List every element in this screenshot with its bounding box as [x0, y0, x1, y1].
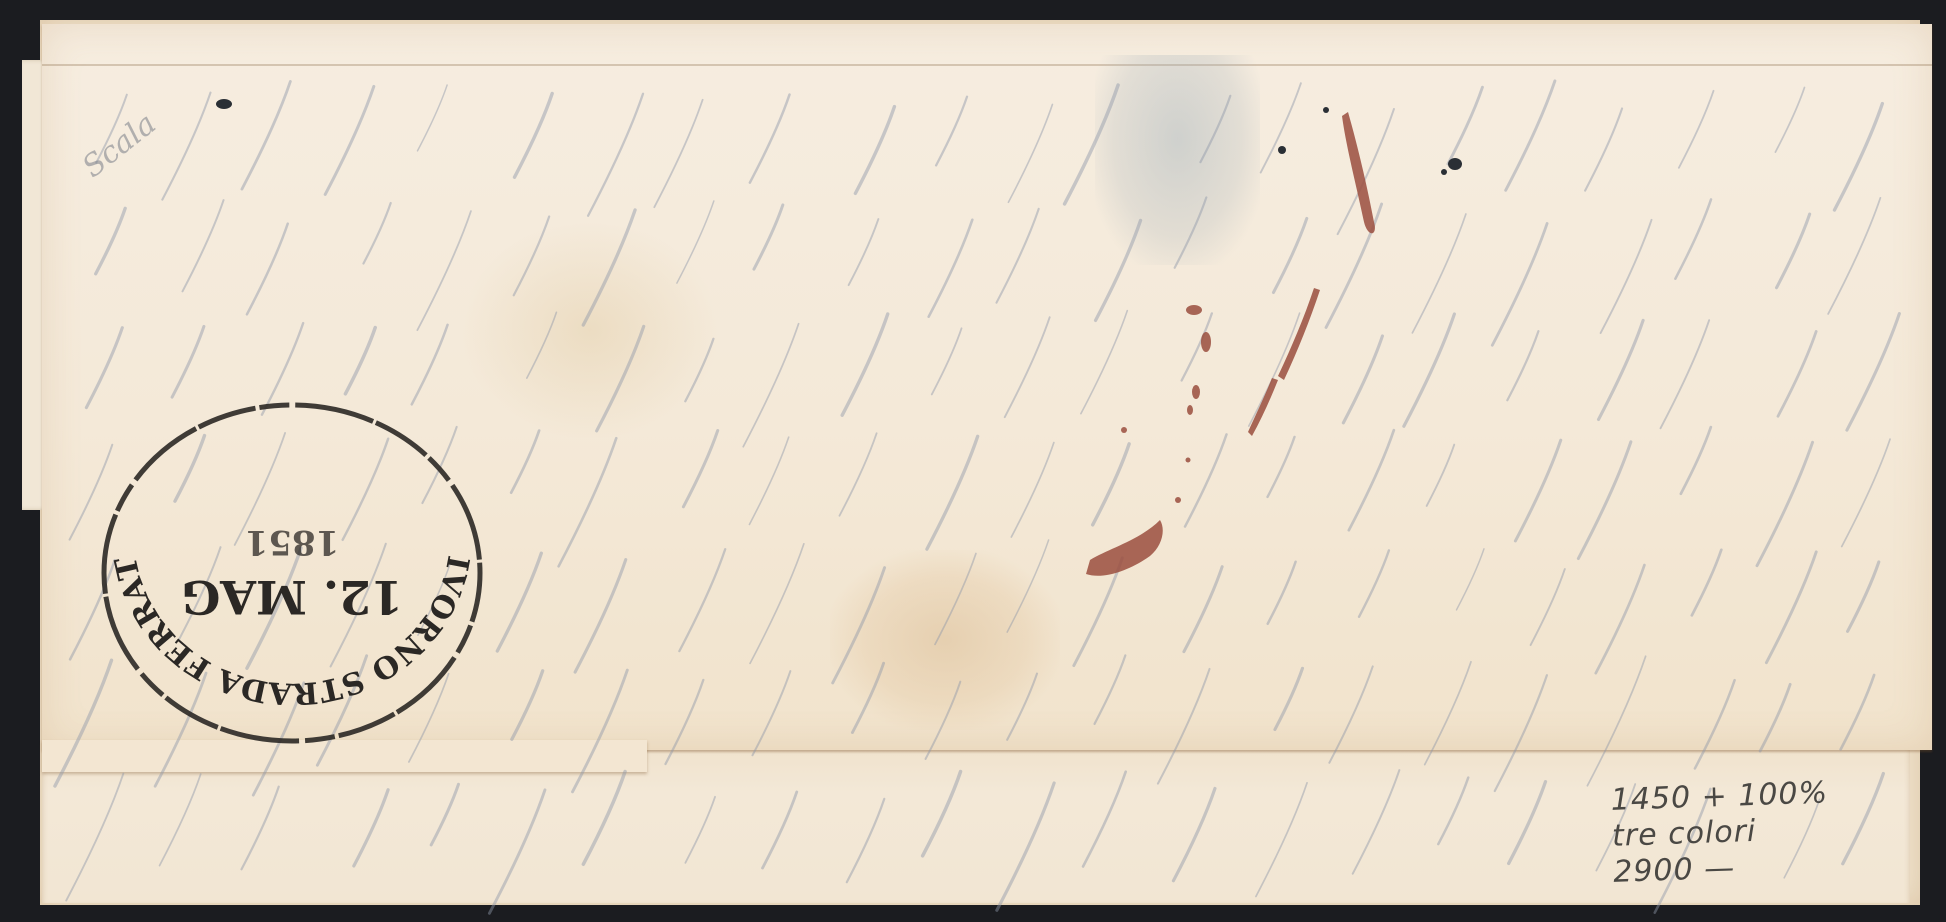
postmark-year: 1851: [245, 522, 340, 562]
circular-date-postmark: LIVORNO STRADA FERRATA 12. MAG 1851: [96, 397, 488, 749]
pencil-price-notation: 1450 + 100% tre colori 2900 —: [1610, 773, 1894, 891]
postmark-date: 12. MAG: [181, 570, 403, 624]
